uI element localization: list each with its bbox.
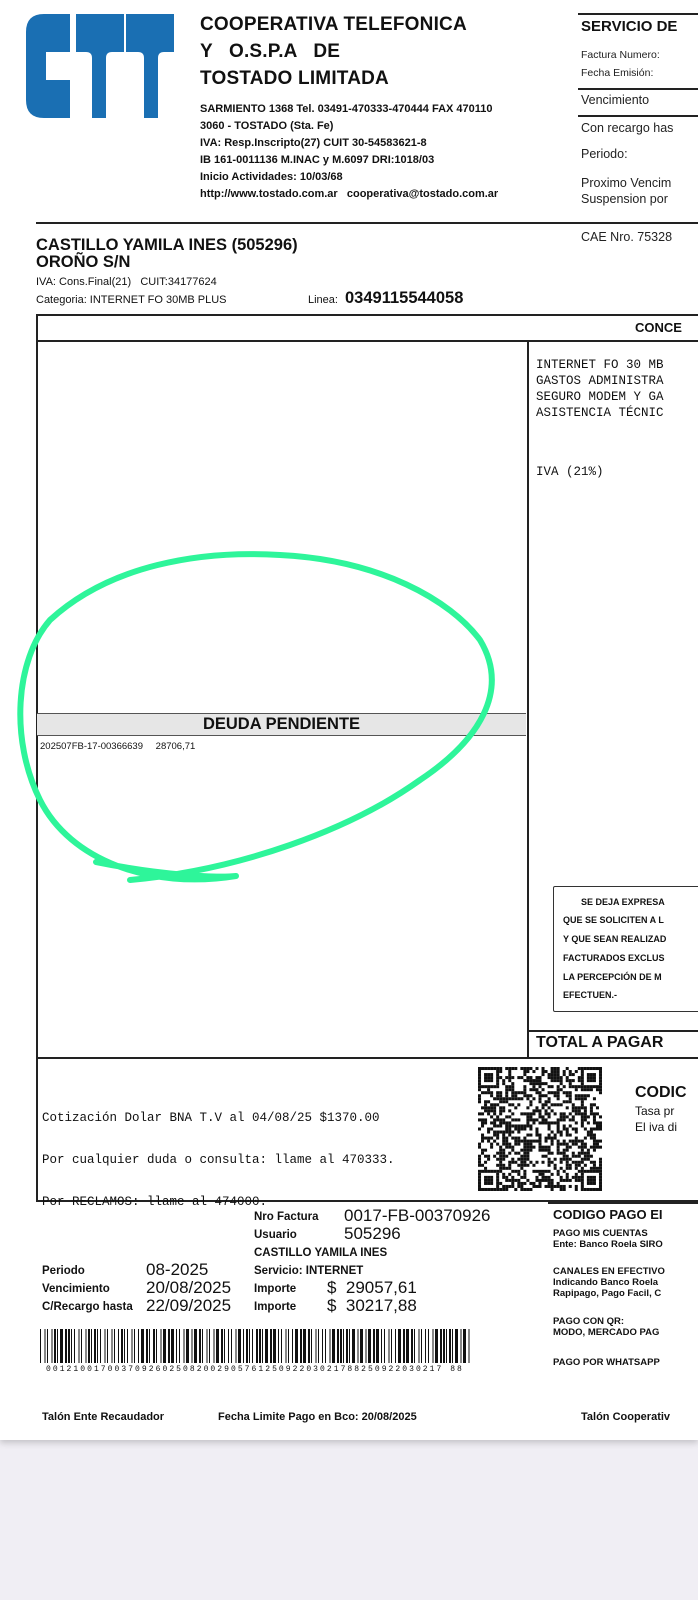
- codigo-title: CODIC: [635, 1084, 687, 1102]
- deuda-amount: 28706,71: [156, 741, 196, 752]
- company-inicio: Inicio Actividades: 10/03/68: [200, 169, 343, 186]
- invoice-page: COOPERATIVA TELEFONICA Y O.S.P.A DE TOST…: [0, 0, 698, 1440]
- concept-item: INTERNET FO 30 MB: [536, 357, 664, 373]
- concept-list: INTERNET FO 30 MB GASTOS ADMINISTRA SEGU…: [536, 357, 664, 421]
- vencimiento-label: Vencimiento: [42, 1283, 110, 1295]
- vencimiento-label: Vencimiento: [581, 93, 649, 107]
- messages: Cotización Dolar BNA T.V al 04/08/25 $13…: [42, 1083, 395, 1237]
- linea-label: Linea:: [308, 294, 338, 306]
- customer-address: OROÑO S/N: [36, 253, 130, 272]
- ctt-logo: [26, 14, 174, 118]
- recargo-label: C/Recargo hasta: [42, 1301, 133, 1313]
- concept-item: ASISTENCIA TÉCNIC: [536, 405, 664, 421]
- notice-line: Y QUE SEAN REALIZAD: [563, 934, 666, 944]
- company-name-line: Y O.S.P.A DE: [200, 41, 340, 63]
- usuario-value: 505296: [344, 1224, 401, 1244]
- payment-qr-code: [478, 1067, 602, 1191]
- recargo-value: 22/09/2025: [146, 1296, 231, 1316]
- notice-line: QUE SE SOLICITEN A L: [563, 915, 664, 925]
- conceptos-header: CONCE: [635, 320, 682, 335]
- suspension-label: Suspension por: [581, 192, 668, 206]
- barcode-digits: 0012100170037092602508200290576125092203…: [46, 1365, 464, 1374]
- proximo-vencimiento-label: Proximo Vencim: [581, 176, 671, 190]
- periodo-label: Periodo: [42, 1265, 85, 1277]
- periodo-label: Periodo:: [581, 147, 628, 161]
- importe-label: Importe: [254, 1283, 296, 1295]
- codigo-line: Tasa pr: [635, 1104, 674, 1118]
- notice-line: SE DEJA EXPRESA: [581, 897, 665, 907]
- payment-barcode: [40, 1329, 520, 1363]
- con-recargo-label: Con recargo has: [581, 121, 673, 135]
- customer-categoria: Categoria: INTERNET FO 30MB PLUS: [36, 294, 227, 306]
- consulta-message: Por cualquier duda o consulta: llame al …: [42, 1153, 395, 1167]
- nro-factura-label: Nro Factura: [254, 1211, 319, 1223]
- usuario-label: Usuario: [254, 1229, 297, 1241]
- pago-mis-cuentas: PAGO MIS CUENTAS Ente: Banco Roela SIRO: [553, 1228, 663, 1250]
- fecha-limite-label: Fecha Limite Pago en Bco: 20/08/2025: [218, 1411, 417, 1423]
- deuda-invoice: 202507FB-17-00366639: [40, 741, 143, 752]
- pmc-line: Ente: Banco Roela SIRO: [553, 1239, 663, 1250]
- factura-numero-label: Factura Numero:: [581, 49, 660, 61]
- efectivo-title: CANALES EN EFECTIVO: [553, 1266, 665, 1277]
- linea-value: 0349115544058: [345, 289, 463, 308]
- cae-label: CAE Nro. 75328: [581, 230, 672, 244]
- pmc-title: PAGO MIS CUENTAS: [553, 1228, 663, 1239]
- qr-title: PAGO CON QR:: [553, 1316, 659, 1327]
- notice-box: SE DEJA EXPRESA QUE SE SOLICITEN A L Y Q…: [553, 886, 698, 1012]
- servicio-label: Servicio: INTERNET: [254, 1265, 363, 1277]
- deuda-title: DEUDA PENDIENTE: [203, 715, 360, 733]
- deuda-header: DEUDA PENDIENTE: [37, 713, 526, 736]
- canales-efectivo: CANALES EN EFECTIVO Indicando Banco Roel…: [553, 1266, 665, 1299]
- deuda-row: 202507FB-17-00366639 28706,71: [40, 741, 195, 752]
- nro-factura-value: 0017-FB-00370926: [344, 1206, 491, 1226]
- notice-line: EFECTUEN.-: [563, 990, 617, 1000]
- total-label: TOTAL A PAGAR: [536, 1034, 663, 1052]
- company-name-line: COOPERATIVA TELEFONICA: [200, 14, 467, 36]
- iva-line: IVA (21%): [536, 465, 604, 479]
- talon-cooperativa-label: Talón Cooperativ: [581, 1411, 670, 1423]
- customer-iva-cuit: IVA: Cons.Final(21) CUIT:34177624: [36, 276, 217, 288]
- company-address: SARMIENTO 1368 Tel. 03491-470333-470444 …: [200, 101, 493, 118]
- concept-item: GASTOS ADMINISTRA: [536, 373, 664, 389]
- efectivo-line: Indicando Banco Roela: [553, 1277, 665, 1288]
- reclamos-message: Por RECLAMOS: llame al 474000.: [42, 1195, 395, 1209]
- pago-whatsapp: PAGO POR WHATSAPP: [553, 1357, 660, 1368]
- company-web-email: http://www.tostado.com.ar cooperativa@to…: [200, 186, 498, 203]
- invoice-title: SERVICIO DE: [581, 18, 677, 35]
- vencimiento-value: 20/08/2025: [146, 1278, 231, 1298]
- company-name-line: TOSTADO LIMITADA: [200, 68, 389, 90]
- dolar-message: Cotización Dolar BNA T.V al 04/08/25 $13…: [42, 1111, 395, 1125]
- fecha-emision-label: Fecha Emisión:: [581, 67, 653, 79]
- notice-line: FACTURADOS EXCLUS: [563, 953, 665, 963]
- company-ib: IB 161-0011136 M.INAC y M.6097 DRI:1018/…: [200, 152, 434, 169]
- talon-customer-name: CASTILLO YAMILA INES: [254, 1247, 387, 1259]
- company-city: 3060 - TOSTADO (Sta. Fe): [200, 118, 333, 135]
- codigo-line: El iva di: [635, 1120, 677, 1134]
- importe-value: $ 29057,61: [327, 1278, 417, 1298]
- periodo-value: 08-2025: [146, 1260, 208, 1280]
- efectivo-line: Rapipago, Pago Facil, C: [553, 1288, 665, 1299]
- talon-ente-label: Talón Ente Recaudador: [42, 1411, 164, 1423]
- notice-line: LA PERCEPCIÓN DE M: [563, 972, 662, 982]
- pago-qr: PAGO CON QR: MODO, MERCADO PAG: [553, 1316, 659, 1338]
- concept-item: SEGURO MODEM Y GA: [536, 389, 664, 405]
- importe-recargo-label: Importe: [254, 1301, 296, 1313]
- company-iva: IVA: Resp.Inscripto(27) CUIT 30-54583621…: [200, 135, 427, 152]
- codigo-pago-title: CODIGO PAGO EI: [553, 1207, 663, 1222]
- importe-recargo-value: $ 30217,88: [327, 1296, 417, 1316]
- qr-line: MODO, MERCADO PAG: [553, 1327, 659, 1338]
